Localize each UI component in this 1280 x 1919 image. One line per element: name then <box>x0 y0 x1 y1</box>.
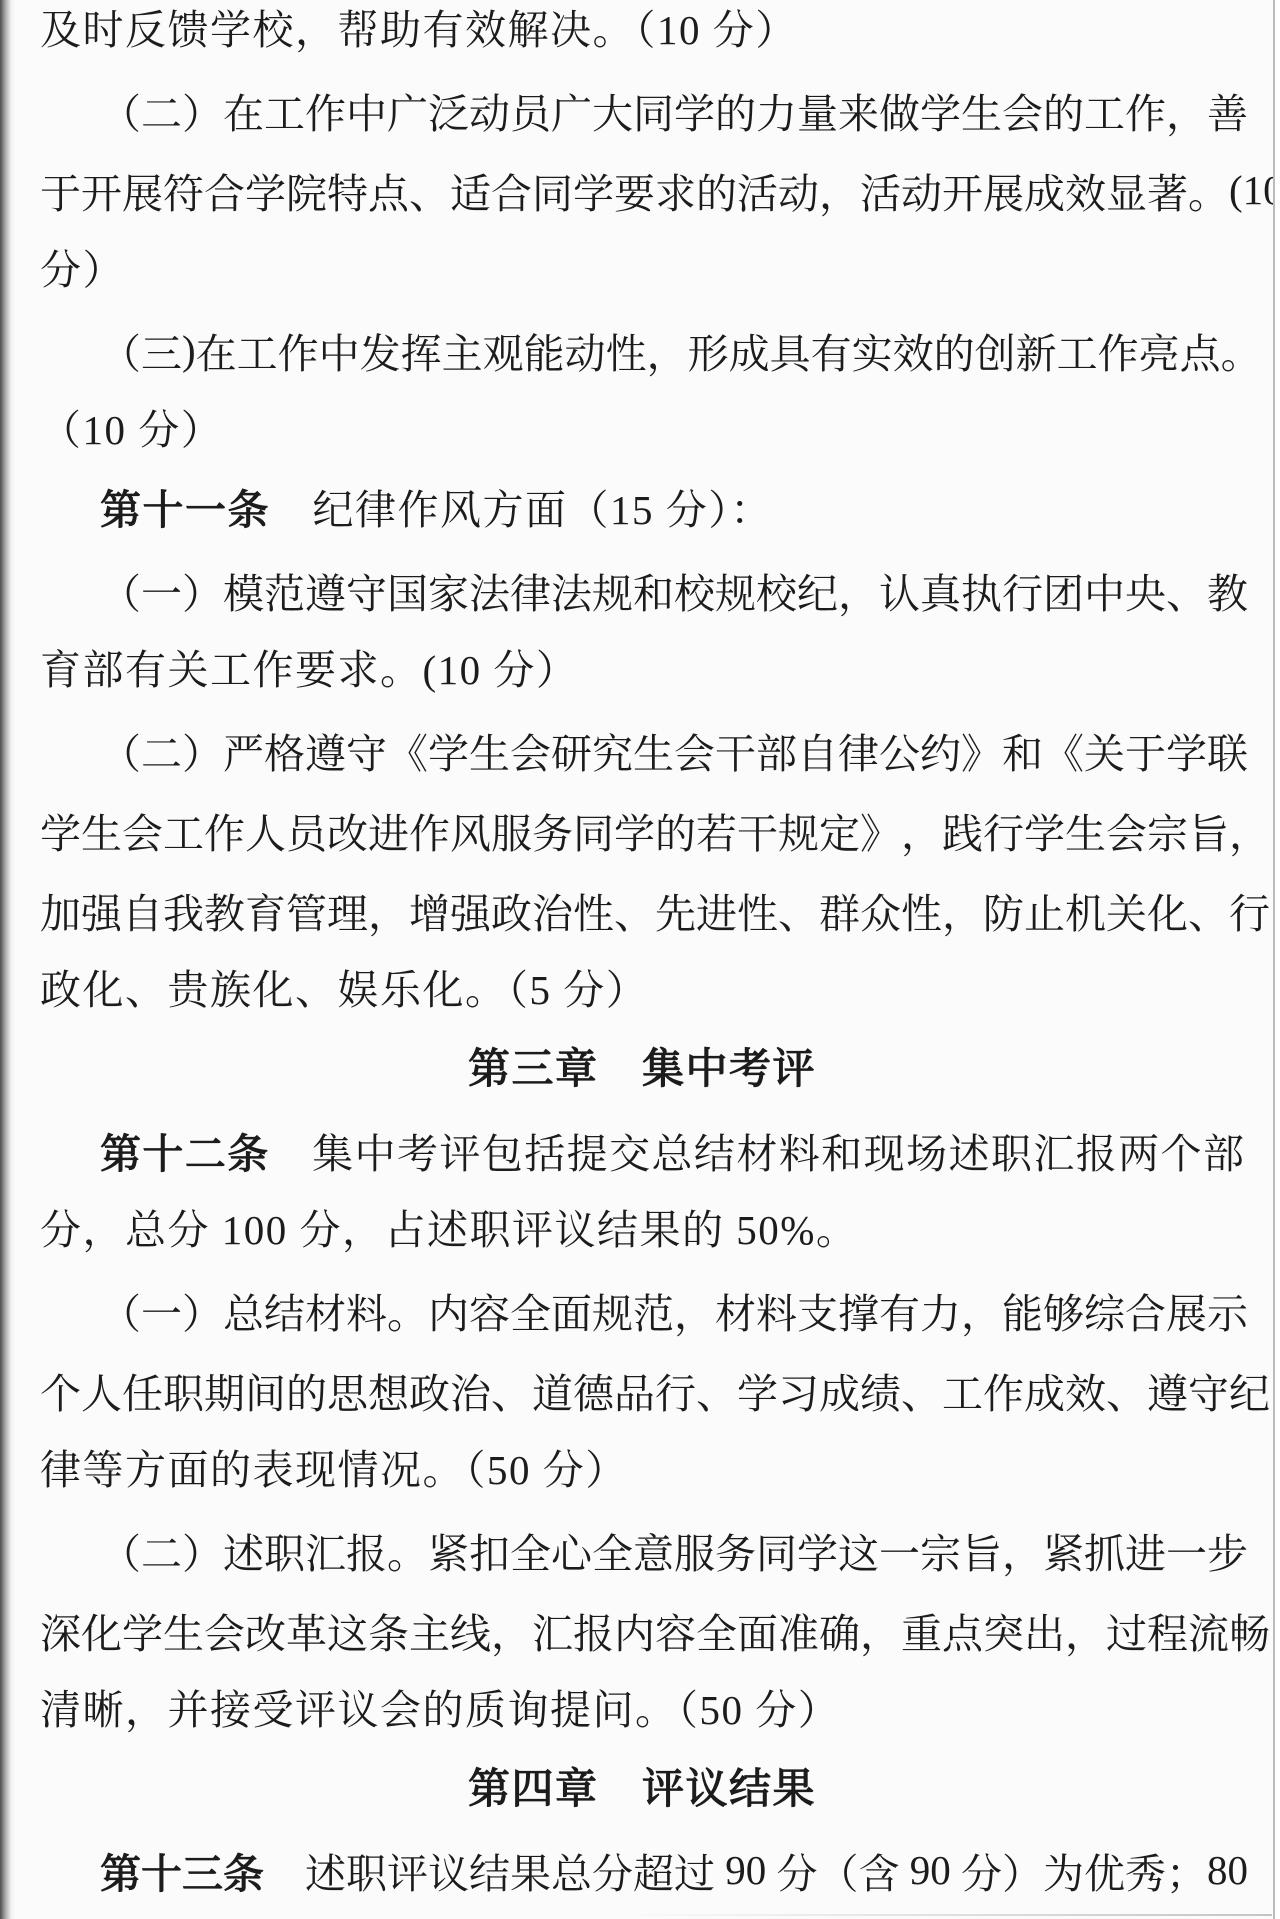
text-line: （一）总结材料。内容全面规范，材料支撑有力，能够综合展示 <box>40 1270 1244 1350</box>
article-number: 第十一条 <box>100 487 270 533</box>
page-bottom-edge-line <box>620 1914 1272 1916</box>
text-line: （三)在工作中发挥主观能动性，形成具有实效的创新工作亮点。 <box>40 310 1244 390</box>
line-text: 清晰，并接受评议会的质询提问。（50 分） <box>40 1687 840 1733</box>
text-line: 育部有关工作要求。(10 分） <box>40 630 1244 710</box>
document-content: 及时反馈学校，帮助有效解决。（10 分）（二）在工作中广泛动员广大同学的力量来做… <box>40 0 1244 1910</box>
text-line: 个人任职期间的思想政治、道德品行、学习成绩、工作成效、遵守纪 <box>40 1350 1244 1430</box>
line-text: 分，总分 100 分，占述职评议结果的 50%。 <box>40 1207 858 1253</box>
line-text: 纪律作风方面（15 分）： <box>270 487 773 533</box>
line-text: （10 分） <box>40 407 223 453</box>
text-line: 于开展符合学院特点、适合同学要求的活动，活动开展成效显著。(10 <box>40 150 1244 230</box>
text-line: 第十一条 纪律作风方面（15 分）： <box>40 470 1244 550</box>
text-line: （10 分） <box>40 390 1244 470</box>
text-line: （二）严格遵守《学生会研究生会干部自律公约》和《关于学联 <box>40 710 1244 790</box>
line-text: 育部有关工作要求。(10 分） <box>40 647 578 693</box>
page-left-edge-shadow <box>0 0 16 1919</box>
line-text: 及时反馈学校，帮助有效解决。（10 分） <box>40 7 798 53</box>
text-line: 分，总分 100 分，占述职评议结果的 50%。 <box>40 1190 1244 1270</box>
text-line: 及时反馈学校，帮助有效解决。（10 分） <box>40 0 1244 70</box>
page-right-margin <box>1275 0 1280 1919</box>
page-right-edge-line <box>1273 0 1275 1919</box>
text-line: 政化、贵族化、娱乐化。（5 分） <box>40 950 1244 1030</box>
text-line: 分） <box>40 230 1244 310</box>
line-text: 政化、贵族化、娱乐化。（5 分） <box>40 967 648 1013</box>
text-line: （一）模范遵守国家法律法规和校规校纪，认真执行团中央、教 <box>40 550 1244 630</box>
text-line: 第十二条 集中考评包括提交总结材料和现场述职汇报两个部 <box>40 1110 1244 1190</box>
scanned-document-page: { "page": { "background": "#fbfbfb", "in… <box>0 0 1280 1919</box>
text-line: 深化学生会改革这条主线，汇报内容全面准确，重点突出，过程流畅 <box>40 1590 1244 1670</box>
chapter-heading: 第四章 评议结果 <box>40 1750 1244 1830</box>
text-line: 律等方面的表现情况。（50 分） <box>40 1430 1244 1510</box>
text-line: （二）述职汇报。紧扣全心全意服务同学这一宗旨，紧抓进一步 <box>40 1510 1244 1590</box>
text-line: 学生会工作人员改进作风服务同学的若干规定》，践行学生会宗旨， <box>40 790 1244 870</box>
text-line: （二）在工作中广泛动员广大同学的力量来做学生会的工作，善 <box>40 70 1244 150</box>
text-line: 清晰，并接受评议会的质询提问。（50 分） <box>40 1670 1244 1750</box>
text-line: 加强自我教育管理，增强政治性、先进性、群众性，防止机关化、行 <box>40 870 1244 950</box>
chapter-heading-text: 第四章 评议结果 <box>468 1767 816 1813</box>
text-line: 第十三条 述职评议结果总分超过 90 分（含 90 分）为优秀；80 <box>40 1830 1244 1910</box>
chapter-heading: 第三章 集中考评 <box>40 1030 1244 1110</box>
line-text: 律等方面的表现情况。（50 分） <box>40 1447 628 1493</box>
line-text: 分） <box>40 247 125 293</box>
chapter-heading-text: 第三章 集中考评 <box>468 1047 816 1093</box>
